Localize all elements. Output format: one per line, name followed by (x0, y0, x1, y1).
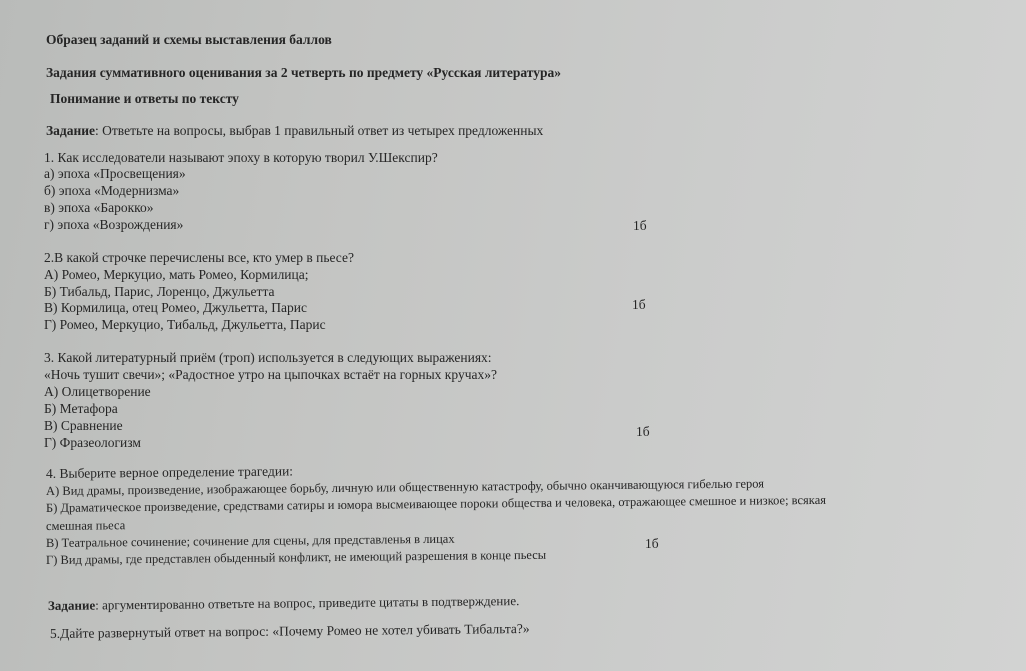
task-instruction-2: Задание: аргументированно ответьте на во… (48, 593, 519, 614)
option: А) Олицетворение (44, 384, 151, 400)
section-heading: Понимание и ответы по тексту (50, 91, 239, 107)
option: В) Кормилица, отец Ромео, Джульетта, Пар… (44, 300, 307, 316)
task-text: : Ответьте на вопросы, выбрав 1 правильн… (95, 123, 543, 138)
score: 1б (645, 536, 659, 552)
document-subtitle: Задания суммативного оценивания за 2 чет… (46, 65, 561, 81)
question-text: 2.В какой строчке перечислены все, кто у… (44, 250, 354, 266)
option: в) эпоха «Барокко» (44, 200, 154, 216)
option: Б) Метафора (44, 401, 118, 417)
option: а) эпоха «Просвещения» (44, 166, 186, 182)
score: 1б (632, 297, 646, 313)
option: В) Сравнение (44, 418, 123, 434)
question-text: 3. Какой литературный приём (троп) испол… (44, 350, 492, 366)
document-title: Образец заданий и схемы выставления балл… (46, 32, 332, 48)
question-text: 4. Выберите верное определение трагедии: (46, 463, 293, 482)
option: Г) Фразеологизм (44, 435, 141, 451)
question-text-line2: «Ночь тушит свечи»; «Радостное утро на ц… (44, 367, 497, 383)
score: 1б (636, 424, 650, 440)
task-label: Задание (46, 123, 95, 138)
question-5: 5.Дайте развернутый ответ на вопрос: «По… (50, 621, 530, 642)
option: г) эпоха «Возрождения» (44, 217, 183, 233)
task-instruction-1: Задание: Ответьте на вопросы, выбрав 1 п… (46, 123, 543, 139)
option-continuation: смешная пьеса (46, 517, 125, 534)
option: б) эпоха «Модернизма» (44, 183, 179, 199)
option: Г) Ромео, Меркуцио, Тибальд, Джульетта, … (44, 317, 326, 333)
task-text: : аргументированно ответьте на вопрос, п… (95, 593, 519, 612)
score: 1б (633, 218, 647, 234)
option: Б) Тибальд, Парис, Лоренцо, Джульетта (44, 284, 275, 300)
scanned-document: Образец заданий и схемы выставления балл… (0, 0, 1026, 671)
option: А) Ромео, Меркуцио, мать Ромео, Кормилиц… (44, 267, 309, 283)
task-label: Задание (48, 598, 95, 613)
question-text: 1. Как исследователи называют эпоху в ко… (44, 150, 438, 166)
